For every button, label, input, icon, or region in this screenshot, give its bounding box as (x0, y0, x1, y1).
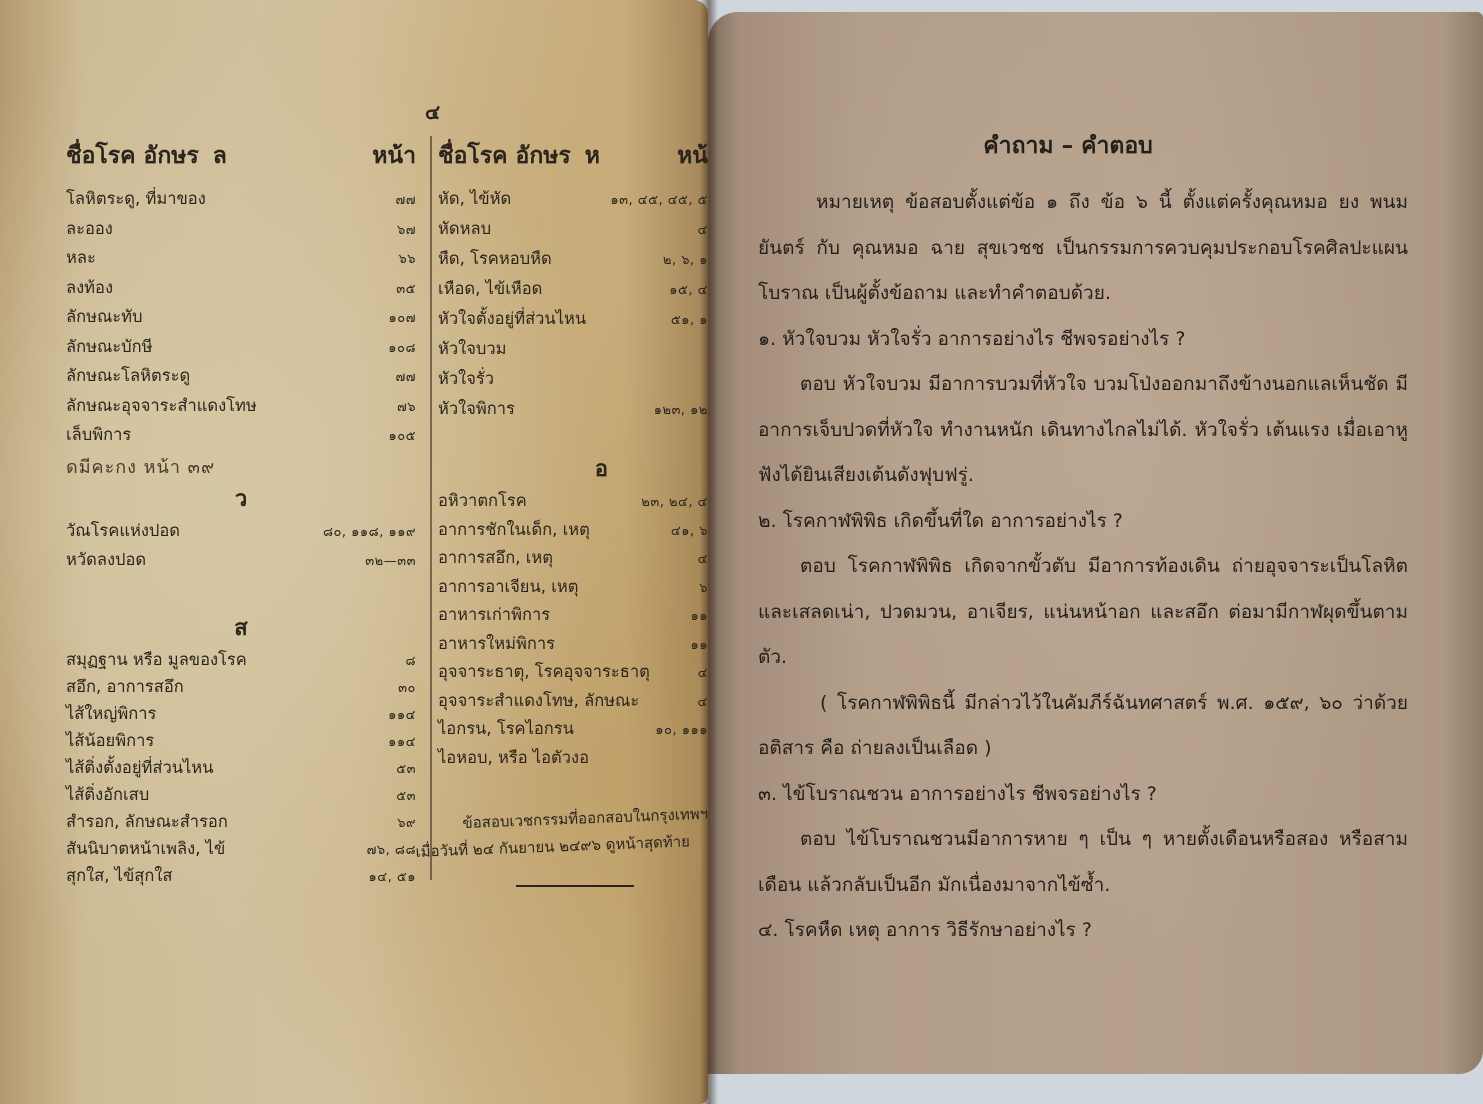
index-entry: ไส้ติ่งตั้งอยู่ที่ส่วนไหน๕๓ (66, 755, 416, 782)
page-number: ๔ (425, 96, 440, 128)
page-label: หน้ (677, 138, 708, 174)
index-entry: อหิวาตกโรค๒๓, ๒๔, ๔ (438, 488, 708, 517)
entry-name: ไอหอบ, หรือ ไอตัวงอ (438, 745, 589, 771)
column-letter: ห (585, 143, 600, 169)
remark-paragraph: หมายเหตุ ข้อสอบตั้งแต่ข้อ ๑ ถึง ข้อ ๖ นี… (758, 180, 1408, 317)
entry-name: ละออง (66, 216, 113, 242)
index-entry: หืด, โรคหอบหืด๒, ๖, ๑ (438, 246, 708, 276)
index-entry: อาการชักในเด็ก, เหตุ๔๑, ๖ (438, 517, 708, 546)
entry-name: อุจจาระธาตุ, โรคอุจจาระธาตุ (438, 659, 650, 685)
entry-page: ๑๒๓, ๑๒ (654, 399, 708, 420)
entry-name: อาหารเก่าพิการ (438, 602, 550, 628)
index-entry: หัวใจบวม (438, 336, 708, 366)
entry-name: อุจจาระสำแดงโทษ, ลักษณะ (438, 688, 639, 714)
index-entry: หละ๖๖ (66, 245, 416, 275)
index-entry: อาหารเก่าพิการ๑๑ (438, 602, 708, 631)
question-3: ๓. ไข้โบราณชวน อาการอย่างไร ชีพจรอย่างไร… (758, 772, 1408, 818)
entry-name: อาการสอึก, เหตุ (438, 545, 553, 571)
column-divider (430, 136, 432, 880)
index-entry: เล็บพิการ๑๐๕ (66, 422, 416, 452)
index-entry: ลักษณะบักษี๑๐๘ (66, 334, 416, 364)
index-entry: อุจจาระธาตุ, โรคอุจจาระธาตุ๔ (438, 659, 708, 688)
column-header: ชื่อโรค อักษรห หน้ (438, 138, 708, 182)
entry-page: ๑๐๘ (388, 337, 416, 358)
entry-page: ๑๔, ๕๑ (369, 866, 416, 887)
entry-name: สำรอก, ลักษณะสำรอก (66, 809, 228, 835)
entry-name: ลักษณะบักษี (66, 334, 153, 360)
index-entry: ลักษณะโลหิตระดู๗๗ (66, 363, 416, 393)
entry-name: อหิวาตกโรค (438, 488, 527, 514)
answer-1: ตอบ หัวใจบวม มีอาการบวมที่หัวใจ บวมโป่งอ… (758, 362, 1408, 499)
entry-page: ๑๑ (690, 634, 708, 655)
index-entry: หัด, ไข้หัด๑๓, ๔๕, ๔๕, ๕ (438, 186, 708, 216)
index-entry: สันนิบาตหน้าเพลิง, ไข้๗๖, ๘๘ (66, 836, 416, 863)
entry-page: ๒, ๖, ๑ (663, 249, 708, 270)
index-column-la: ชื่อโรค อักษรล หน้า โลหิตระดู, ที่มาของ๗… (66, 138, 416, 890)
index-entry: สำรอก, ลักษณะสำรอก๖๙ (66, 809, 416, 836)
index-entry: อาหารใหม่พิการ๑๑ (438, 631, 708, 660)
entry-name: ไส้ติ่งอักเสบ (66, 782, 149, 808)
index-entry: ไส้ใหญ่พิการ๑๑๔ (66, 701, 416, 728)
entry-name: เล็บพิการ (66, 422, 131, 448)
entry-page: ๒๓, ๒๔, ๔ (641, 491, 708, 512)
entry-page: ๔๑, ๖ (671, 520, 708, 541)
section-letter: อ (438, 452, 708, 488)
column-title: ชื่อโรค อักษร (66, 143, 199, 169)
entry-page: ๕๓ (396, 785, 416, 806)
entry-name: สมุฏฐาน หรือ มูลของโรค (66, 647, 247, 673)
index-entry: วัณโรคแห่งปอด๘๐, ๑๑๘, ๑๑๙ (66, 518, 416, 548)
index-entry: หัวใจตั้งอยู่ที่ส่วนไหน๕๑, ๑ (438, 306, 708, 336)
index-column-ho: ชื่อโรค อักษรห หน้ หัด, ไข้หัด๑๓, ๔๕, ๔๕… (438, 138, 708, 887)
index-entry: ไส้ติ่งอักเสบ๕๓ (66, 782, 416, 809)
answer-3: ตอบ ไข้โบราณชวนมีอาการหาย ๆ เป็น ๆ หายตั… (758, 817, 1408, 908)
column-letter: ล (213, 143, 227, 169)
entry-name: เหือด, ไข้เหือด (438, 276, 542, 302)
entry-name: ไส้ใหญ่พิการ (66, 701, 156, 727)
entry-page: ๘ (405, 650, 416, 671)
entry-page: ๑๐๕ (388, 425, 416, 446)
index-entry: สมุฏฐาน หรือ มูลของโรค๘ (66, 647, 416, 674)
entry-page: ๕๓ (396, 758, 416, 779)
entry-name: อาการชักในเด็ก, เหตุ (438, 517, 590, 543)
entry-page: ๖๙ (397, 812, 416, 833)
index-entry: หวัดลงปอด๓๒—๓๓ (66, 547, 416, 577)
index-entry: ไส้น้อยพิการ๑๑๔ (66, 728, 416, 755)
entry-name: วัณโรคแห่งปอด (66, 518, 180, 544)
entry-name: หัวใจรั่ว (438, 366, 494, 392)
question-2: ๒. โรคกาฬพิพิธ เกิดขึ้นที่ใด อาการอย่างไ… (758, 499, 1408, 545)
entry-name: หัดหลบ (438, 216, 491, 242)
entry-page: ๓๐ (398, 677, 416, 698)
answer-2-note: ( โรคกาฬพิพิธนี้ มีกล่าวไว้ในคัมภีร์ฉันท… (758, 681, 1408, 772)
entry-page: ๑๑ (690, 605, 708, 626)
index-entry: ลักษณะอุจจาระสำแดงโทษ๗๖ (66, 393, 416, 423)
index-entry: อาการอาเจียน, เหตุ๖ (438, 574, 708, 603)
entry-name: อาหารใหม่พิการ (438, 631, 555, 657)
entry-page: ๑๕, ๔ (669, 279, 708, 300)
index-entry: ลักษณะทับ๑๐๗ (66, 304, 416, 334)
entry-page: ๖ (699, 577, 708, 598)
index-entry: ละออง๖๗ (66, 216, 416, 246)
index-entry: หัวใจรั่ว (438, 366, 708, 396)
entry-page: ๑๐๗ (389, 307, 416, 328)
section-title: คำถาม – คำตอบ (728, 128, 1408, 164)
index-entry: อุจจาระสำแดงโทษ, ลักษณะ๔ (438, 688, 708, 717)
index-entry: หัวใจพิการ๑๒๓, ๑๒ (438, 396, 708, 426)
entry-page: ๗๗ (395, 366, 416, 387)
entry-page: ๘๐, ๑๑๘, ๑๑๙ (323, 521, 416, 542)
entry-name: ไอกรน, โรคไอกรน (438, 716, 574, 742)
entry-name: หัวใจบวม (438, 336, 506, 362)
open-book: ๔ ชื่อโรค อักษรล หน้า โลหิตระดู, ที่มาขอ… (0, 0, 1483, 1104)
end-rule (516, 885, 634, 887)
index-entry: สุกใส, ไข้สุกใส๑๔, ๕๑ (66, 863, 416, 890)
entry-name: หัด, ไข้หัด (438, 186, 511, 212)
entry-page: ๓๕ (396, 278, 416, 299)
entry-page: ๔ (698, 691, 708, 712)
question-1: ๑. หัวใจบวม หัวใจรั่ว อาการอย่างไร ชีพจร… (758, 317, 1408, 363)
entry-page: ๖๖ (398, 248, 416, 269)
entry-name: หัวใจตั้งอยู่ที่ส่วนไหน (438, 306, 586, 332)
index-entry: สอึก, อาการสอึก๓๐ (66, 674, 416, 701)
entry-name: ลงท้อง (66, 275, 113, 301)
entry-name: ลักษณะทับ (66, 304, 143, 330)
entry-name: ลักษณะอุจจาระสำแดงโทษ (66, 393, 257, 419)
index-entry: ลงท้อง๓๕ (66, 275, 416, 305)
entry-name: ลักษณะโลหิตระดู (66, 363, 190, 389)
entry-page: ๕๑, ๑ (671, 309, 708, 330)
entry-name: อาการอาเจียน, เหตุ (438, 574, 578, 600)
entry-page: ๔ (698, 548, 708, 569)
entry-name: สันนิบาตหน้าเพลิง, ไข้ (66, 836, 225, 862)
entry-name: สุกใส, ไข้สุกใส (66, 863, 172, 889)
column-title: ชื่อโรค อักษร (438, 143, 571, 169)
page-label: หน้า (372, 138, 416, 174)
entry-name: หัวใจพิการ (438, 396, 515, 422)
index-entry: อาการสอึก, เหตุ๔ (438, 545, 708, 574)
index-entry: โลหิตระดู, ที่มาของ๗๗ (66, 186, 416, 216)
section-letter: ว (66, 482, 416, 518)
entry-name: สอึก, อาการสอึก (66, 674, 184, 700)
handwritten-note: ดมีคะกง หน้า ๓๙ (66, 452, 416, 482)
entry-name: หละ (66, 245, 96, 271)
entry-name: ไส้น้อยพิการ (66, 728, 154, 754)
index-entry: เหือด, ไข้เหือด๑๕, ๔ (438, 276, 708, 306)
index-entry: ไอหอบ, หรือ ไอตัวงอ (438, 745, 708, 774)
entry-page: ๑๑๔ (388, 704, 416, 725)
entry-name: หืด, โรคหอบหืด (438, 246, 552, 272)
entry-page: ๑๓, ๔๕, ๔๕, ๕ (610, 189, 708, 210)
section-letter: ส (66, 611, 416, 647)
entry-name: ไส้ติ่งตั้งอยู่ที่ส่วนไหน (66, 755, 213, 781)
question-answer-section: คำถาม – คำตอบ หมายเหตุ ข้อสอบตั้งแต่ข้อ … (758, 128, 1408, 954)
column-header: ชื่อโรค อักษรล หน้า (66, 138, 416, 182)
entry-page: ๓๒—๓๓ (365, 550, 416, 571)
entry-page: ๗๗ (395, 189, 416, 210)
entry-page: ๗๖ (397, 396, 416, 417)
entry-page: ๑๐, ๑๑๑ (655, 719, 708, 740)
entry-name: โลหิตระดู, ที่มาของ (66, 186, 206, 212)
entry-name: หวัดลงปอด (66, 547, 146, 573)
entry-page: ๖๗ (397, 219, 416, 240)
entry-page: ๑๑๔ (388, 731, 416, 752)
index-entry: ไอกรน, โรคไอกรน๑๐, ๑๑๑ (438, 716, 708, 745)
entry-page: ๗๖, ๘๘ (367, 839, 416, 860)
question-4: ๔. โรคหืด เหตุ อาการ วิธีรักษาอย่างไร ? (758, 908, 1408, 954)
index-entry: หัดหลบ๔ (438, 216, 708, 246)
entry-page: ๔ (698, 219, 708, 240)
answer-2: ตอบ โรคกาฬพิพิธ เกิดจากขั้วตับ มีอาการท้… (758, 544, 1408, 681)
entry-page: ๔ (698, 662, 708, 683)
exam-note: ข้อสอบเวชกรรมที่ออกสอบในกรุงเทพฯ เมื่อวั… (438, 801, 710, 865)
